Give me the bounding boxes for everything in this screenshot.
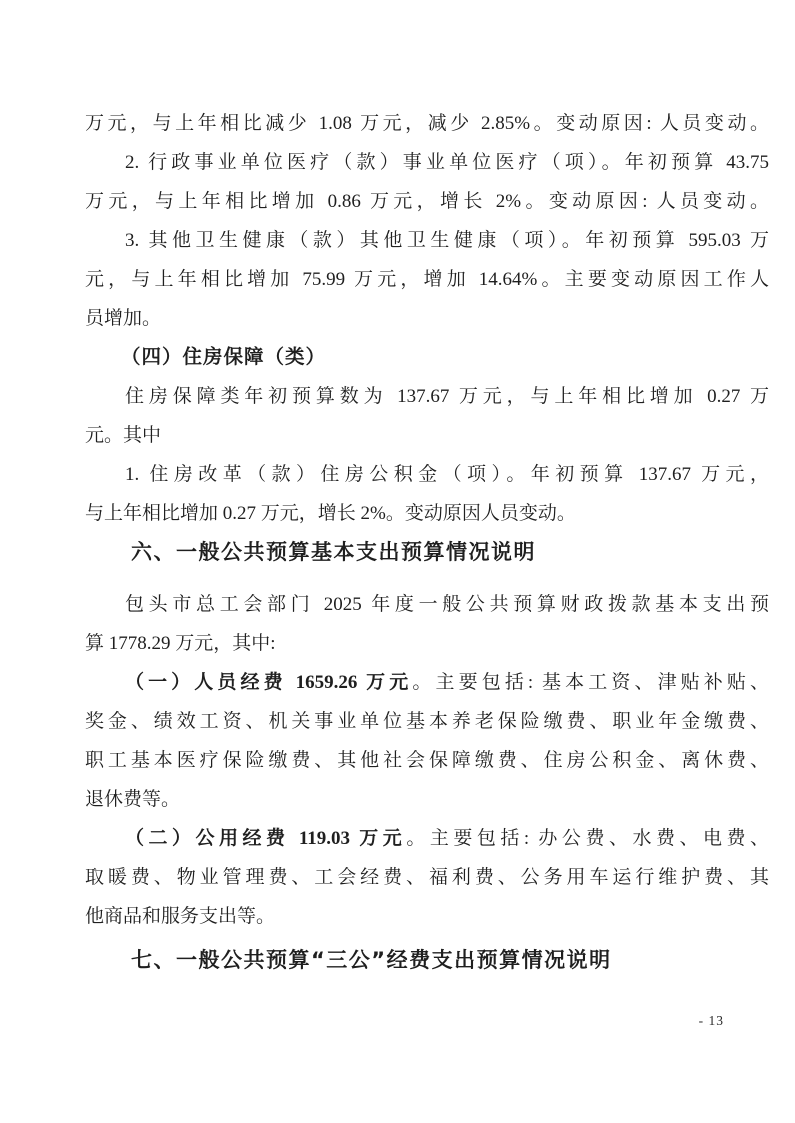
- footer-page-number: - 13: [699, 1012, 724, 1030]
- document-text-line: 员增加。: [85, 299, 769, 338]
- heading-section-seven: 七、一般公共预算“三公”经费支出预算情况说明: [85, 941, 769, 980]
- personnel-expense-bold-run: （一）人员经费 1659.26 万元: [125, 672, 412, 693]
- numbered-item-line: 2. 行政事业单位医疗（款）事业单位医疗（项）。年初预算 43.75: [85, 143, 769, 182]
- document-text-line: 万元，与上年相比增加 0.86 万元，增长 2%。变动原因: 人员变动。: [85, 182, 769, 221]
- document-text-line: 奖金、绩效工资、机关事业单位基本养老保险缴费、职业年金缴费、: [85, 702, 769, 741]
- document-body: 万元，与上年相比减少 1.08 万元，减少 2.85%。变动原因: 人员变动。 …: [85, 104, 769, 980]
- document-page: 万元，与上年相比减少 1.08 万元，减少 2.85%。变动原因: 人员变动。 …: [0, 0, 795, 1123]
- public-expense-bold-run: （二）公用经费 119.03 万元: [125, 828, 406, 849]
- document-text-line: 职工基本医疗保险缴费、其他社会保障缴费、住房公积金、离休费、: [85, 741, 769, 780]
- document-text-line: （二）公用经费 119.03 万元。主要包括: 办公费、水费、电费、: [85, 819, 769, 858]
- document-text-line: 与上年相比增加 0.27 万元，增长 2%。变动原因人员变动。: [85, 494, 769, 533]
- document-text-line: 取暖费、物业管理费、工会经费、福利费、公务用车运行维护费、其: [85, 858, 769, 897]
- document-text-line: 元，与上年相比增加 75.99 万元，增加 14.64%。主要变动原因工作人: [85, 260, 769, 299]
- numbered-item-line: 3. 其他卫生健康（款）其他卫生健康（项）。年初预算 595.03 万: [85, 221, 769, 260]
- document-text-line: （一）人员经费 1659.26 万元。主要包括: 基本工资、津贴补贴、: [85, 663, 769, 702]
- numbered-item-line: 1. 住房改革（款）住房公积金（项）。年初预算 137.67 万元，: [85, 455, 769, 494]
- document-text-line: 退休费等。: [85, 780, 769, 819]
- document-text-line: 元。其中: [85, 416, 769, 455]
- public-expense-rest-run: 。主要包括: 办公费、水费、电费、: [406, 828, 769, 849]
- document-text-line: 万元，与上年相比减少 1.08 万元，减少 2.85%。变动原因: 人员变动。: [85, 104, 769, 143]
- document-text-line: 他商品和服务支出等。: [85, 897, 769, 936]
- document-text-line: 住房保障类年初预算数为 137.67 万元，与上年相比增加 0.27 万: [85, 377, 769, 416]
- heading-section-six: 六、一般公共预算基本支出预算情况说明: [85, 533, 769, 572]
- document-text-line: 包头市总工会部门 2025 年度一般公共预算财政拨款基本支出预: [85, 585, 769, 624]
- heading-housing-security: （四）住房保障（类）: [85, 338, 769, 377]
- personnel-expense-rest-run: 。主要包括: 基本工资、津贴补贴、: [412, 672, 769, 693]
- document-text-line: 算 1778.29 万元，其中:: [85, 624, 769, 663]
